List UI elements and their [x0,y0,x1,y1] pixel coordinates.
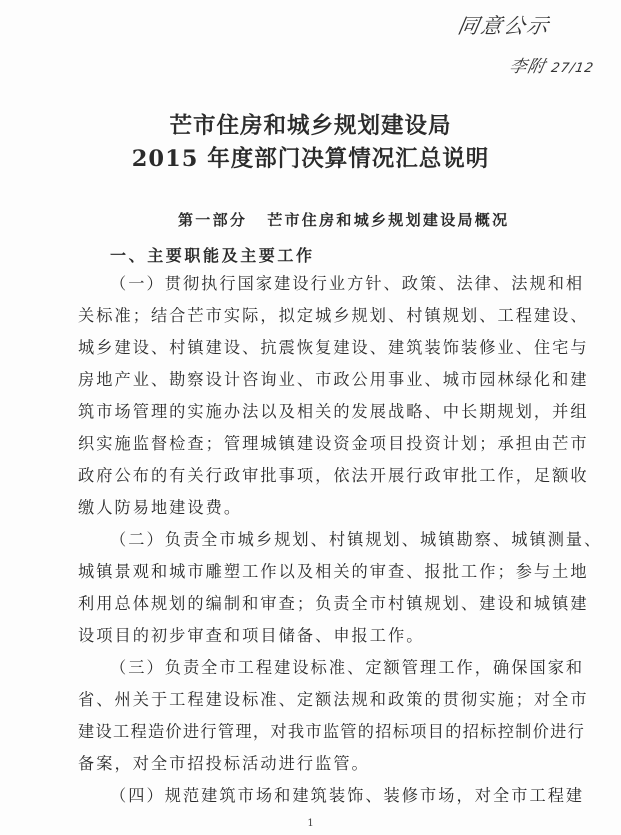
body-line: （二）负责全市城乡规划、村镇规划、城镇勘察、城镇测量、 [110,526,580,550]
body-line: 建设工程造价进行管理，对我市监管的招标项目的招标控制价进行 [78,718,548,742]
body-line: 城乡建设、村镇建设、抗震恢复建设、建筑装饰装修业、住宅与 [78,334,548,358]
body-line: （一）贯彻执行国家建设行业方针、政策、法律、法规和相 [110,270,580,294]
body-line: 关标准；结合芒市实际，拟定城乡规划、村镇规划、工程建设、 [78,302,548,326]
body-line: （三）负责全市工程建设标准、定额管理工作，确保国家和 [110,654,580,678]
body-line: 政府公布的有关行政审批事项，依法开展行政审批工作，足额收 [78,462,548,486]
part-label: 第一部分 [178,211,247,229]
body-line: 利用总体规划的编制和审查；负责全市村镇规划、建设和城镇建 [78,590,548,614]
document-title-line-2: 2015 年度部门决算情况汇总说明 [0,141,621,173]
section-heading: 一、主要职能及主要工作 [110,243,315,266]
body-line: 设项目的初步审查和项目储备、申报工作。 [78,622,548,646]
page-number: 1 [0,818,621,829]
handwritten-approval: 同意公示 [455,10,552,40]
document-title-line-1: 芒市住房和城乡规划建设局 [0,108,621,140]
body-line: 织实施监督检查；管理城镇建设资金项目投资计划；承担由芒市 [78,430,548,454]
handwritten-signature: 李附27/12 [508,52,597,77]
body-line: 城镇景观和城市雕塑工作以及相关的审查、报批工作；参与土地 [78,558,548,582]
part-heading: 第一部分芒市住房和城乡规划建设局概况 [178,209,509,230]
body-line: （四）规范建筑市场和建筑装饰、装修市场，对全市工程建 [110,782,580,806]
part-text: 芒市住房和城乡规划建设局概况 [267,211,509,229]
body-line: 缴人防易地建设费。 [78,494,548,518]
body-line: 房地产业、勘察设计咨询业、市政公用事业、城市园林绿化和建 [78,366,548,390]
signature-name: 李附 [508,57,548,77]
body-line: 省、州关于工程建设标准、定额法规和政策的贯彻实施；对全市 [78,686,548,710]
document-page: 同意公示 李附27/12 芒市住房和城乡规划建设局 2015 年度部门决算情况汇… [0,0,621,835]
signature-date: 27/12 [550,61,595,76]
body-line: 筑市场管理的实施办法以及相关的发展战略、中长期规划，并组 [78,398,548,422]
body-line: 备案，对全市招投标活动进行监管。 [78,750,548,774]
